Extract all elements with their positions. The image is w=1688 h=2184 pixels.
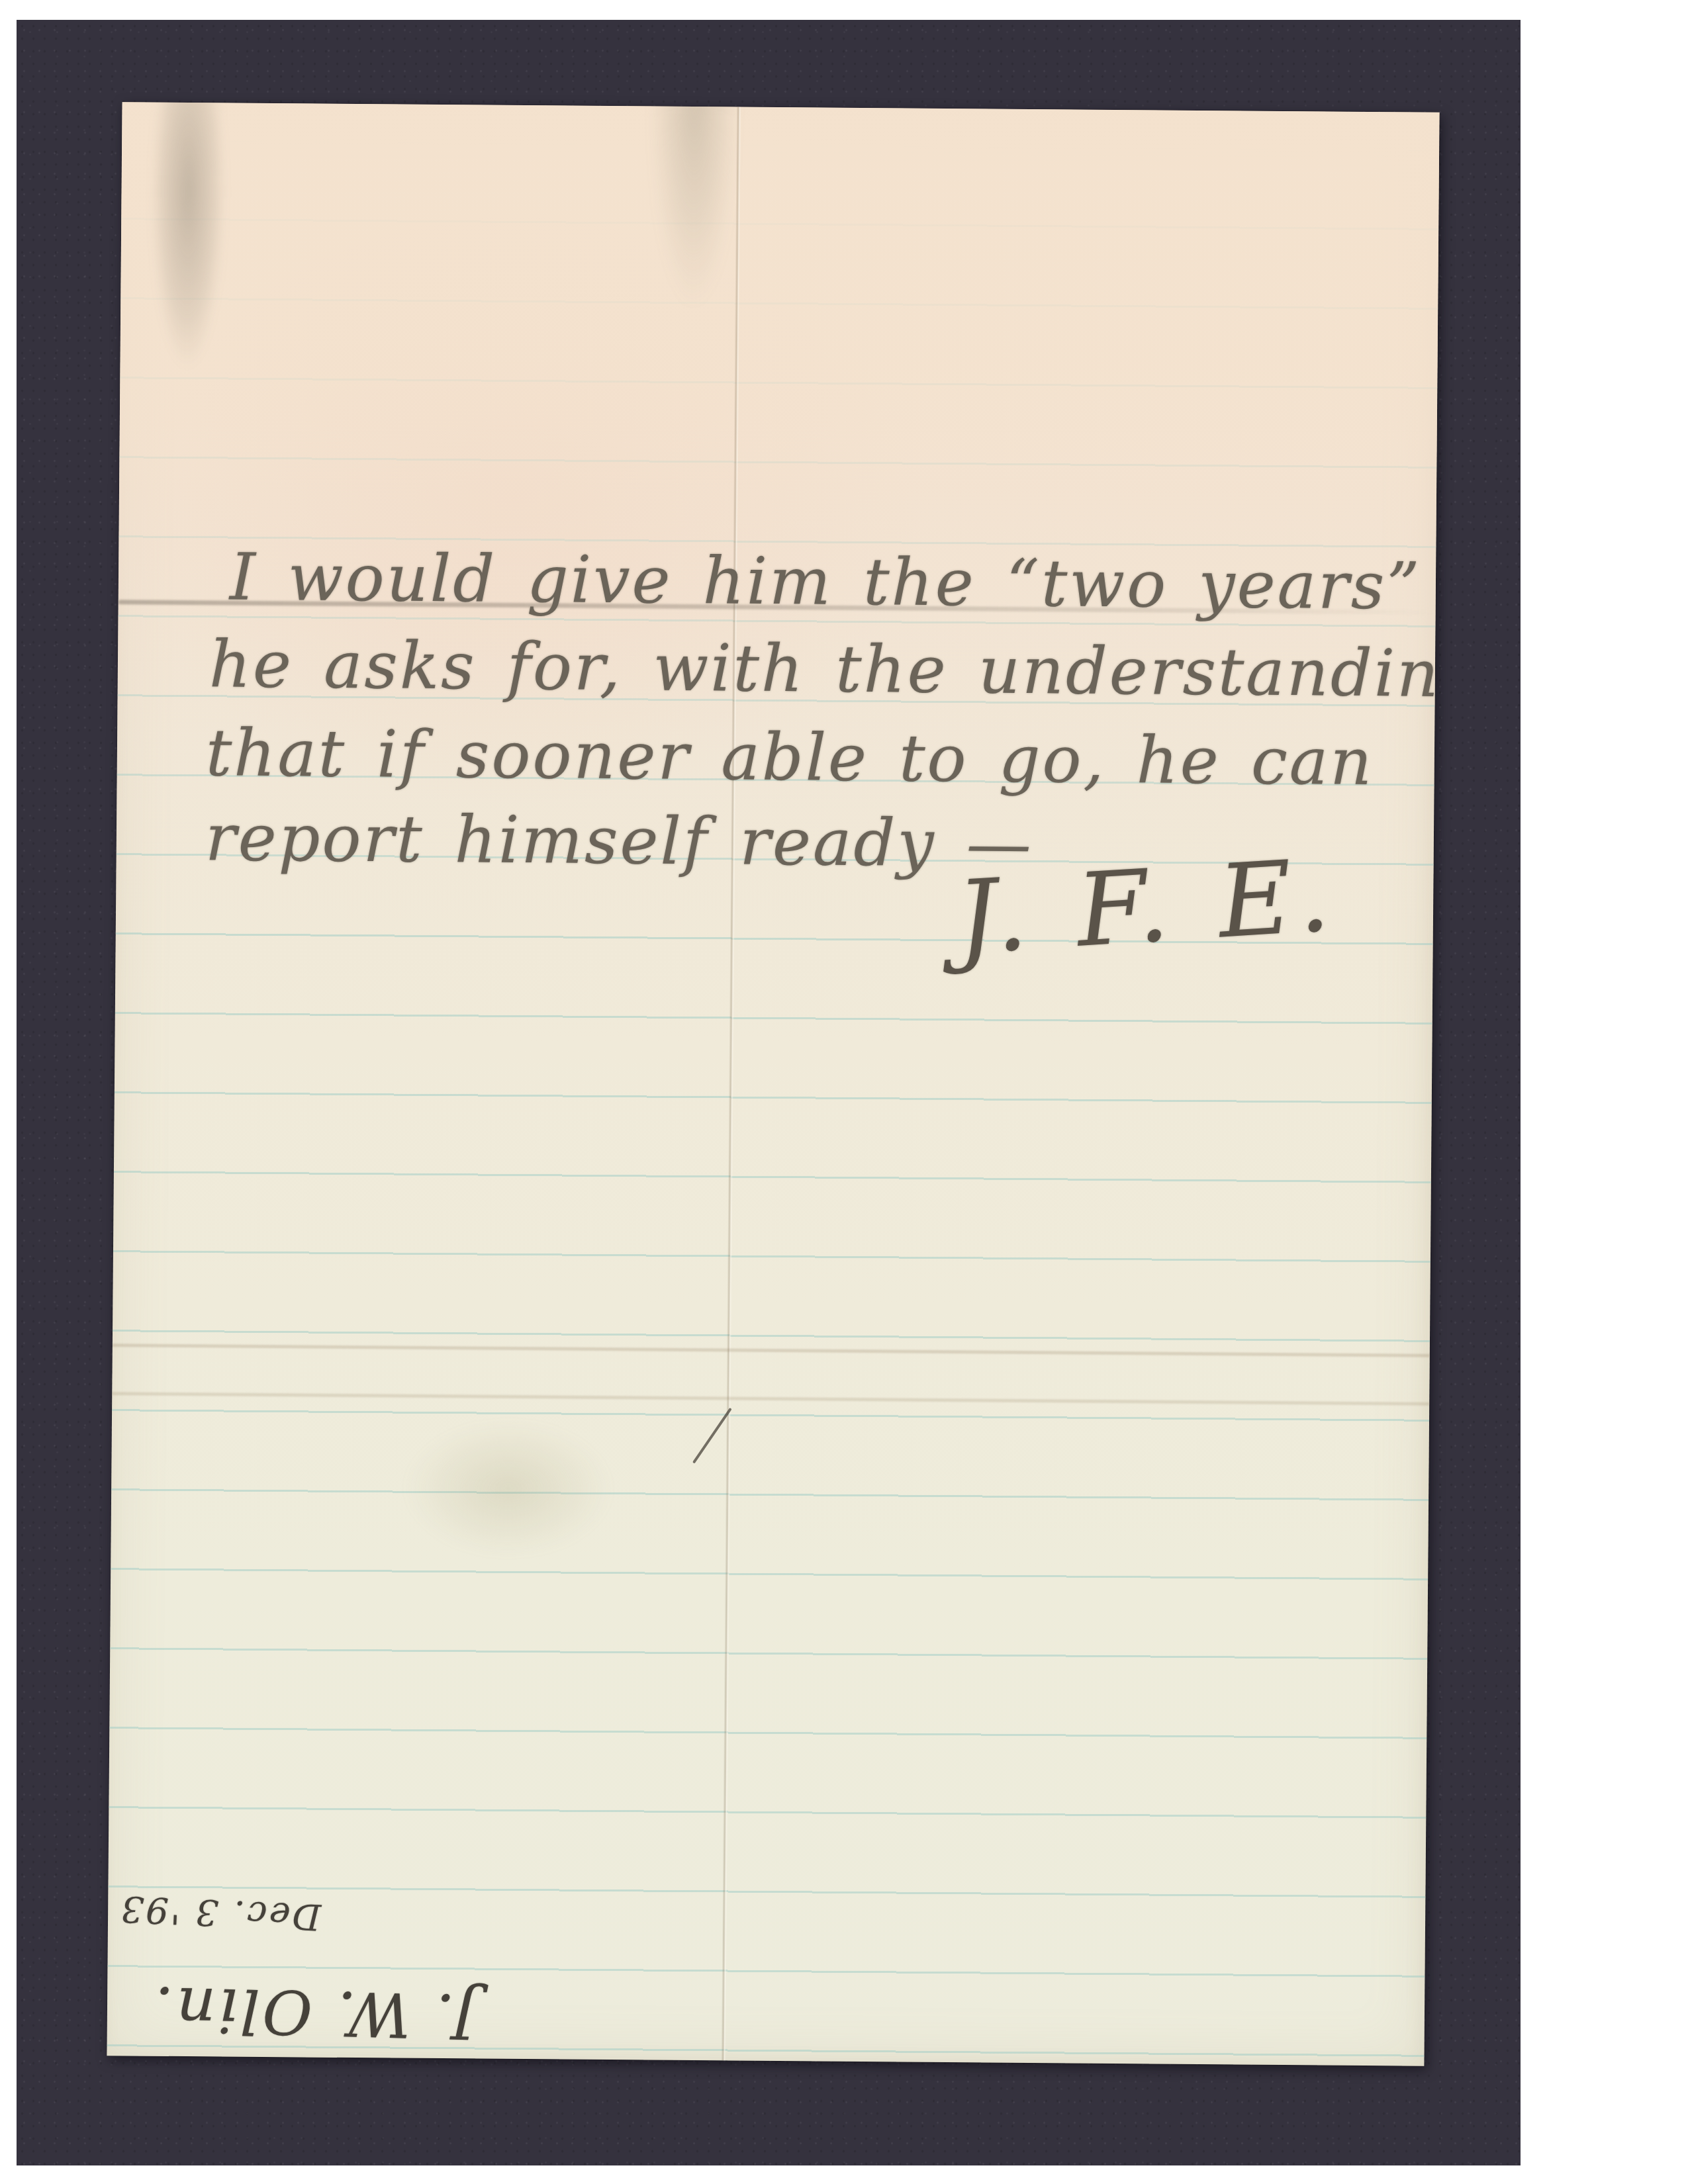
dark-felt-mat: I would give him the “two years” he asks… (17, 20, 1521, 2165)
handwritten-line-1: I would give him the “two years” (230, 545, 1422, 619)
scanned-letter-page: I would give him the “two years” he asks… (0, 0, 1688, 2184)
handwritten-line-2: he asks for, with the understanding (209, 632, 1440, 707)
aged-pink-tint-overlay (107, 102, 1439, 2066)
handwritten-line-3: that if sooner able to go, he can (206, 721, 1374, 795)
signature-initials: J. F. E. (954, 845, 1338, 969)
docket-date-upside-down: Dec. 3 '93 (142, 1881, 322, 1934)
stain-left-smudge (142, 102, 232, 625)
stain-top-center (650, 102, 738, 305)
letter-paper: I would give him the “two years” he asks… (107, 102, 1439, 2066)
handwritten-line-4: report himself ready — (205, 805, 1034, 877)
stain-mid-left (402, 1418, 615, 1559)
